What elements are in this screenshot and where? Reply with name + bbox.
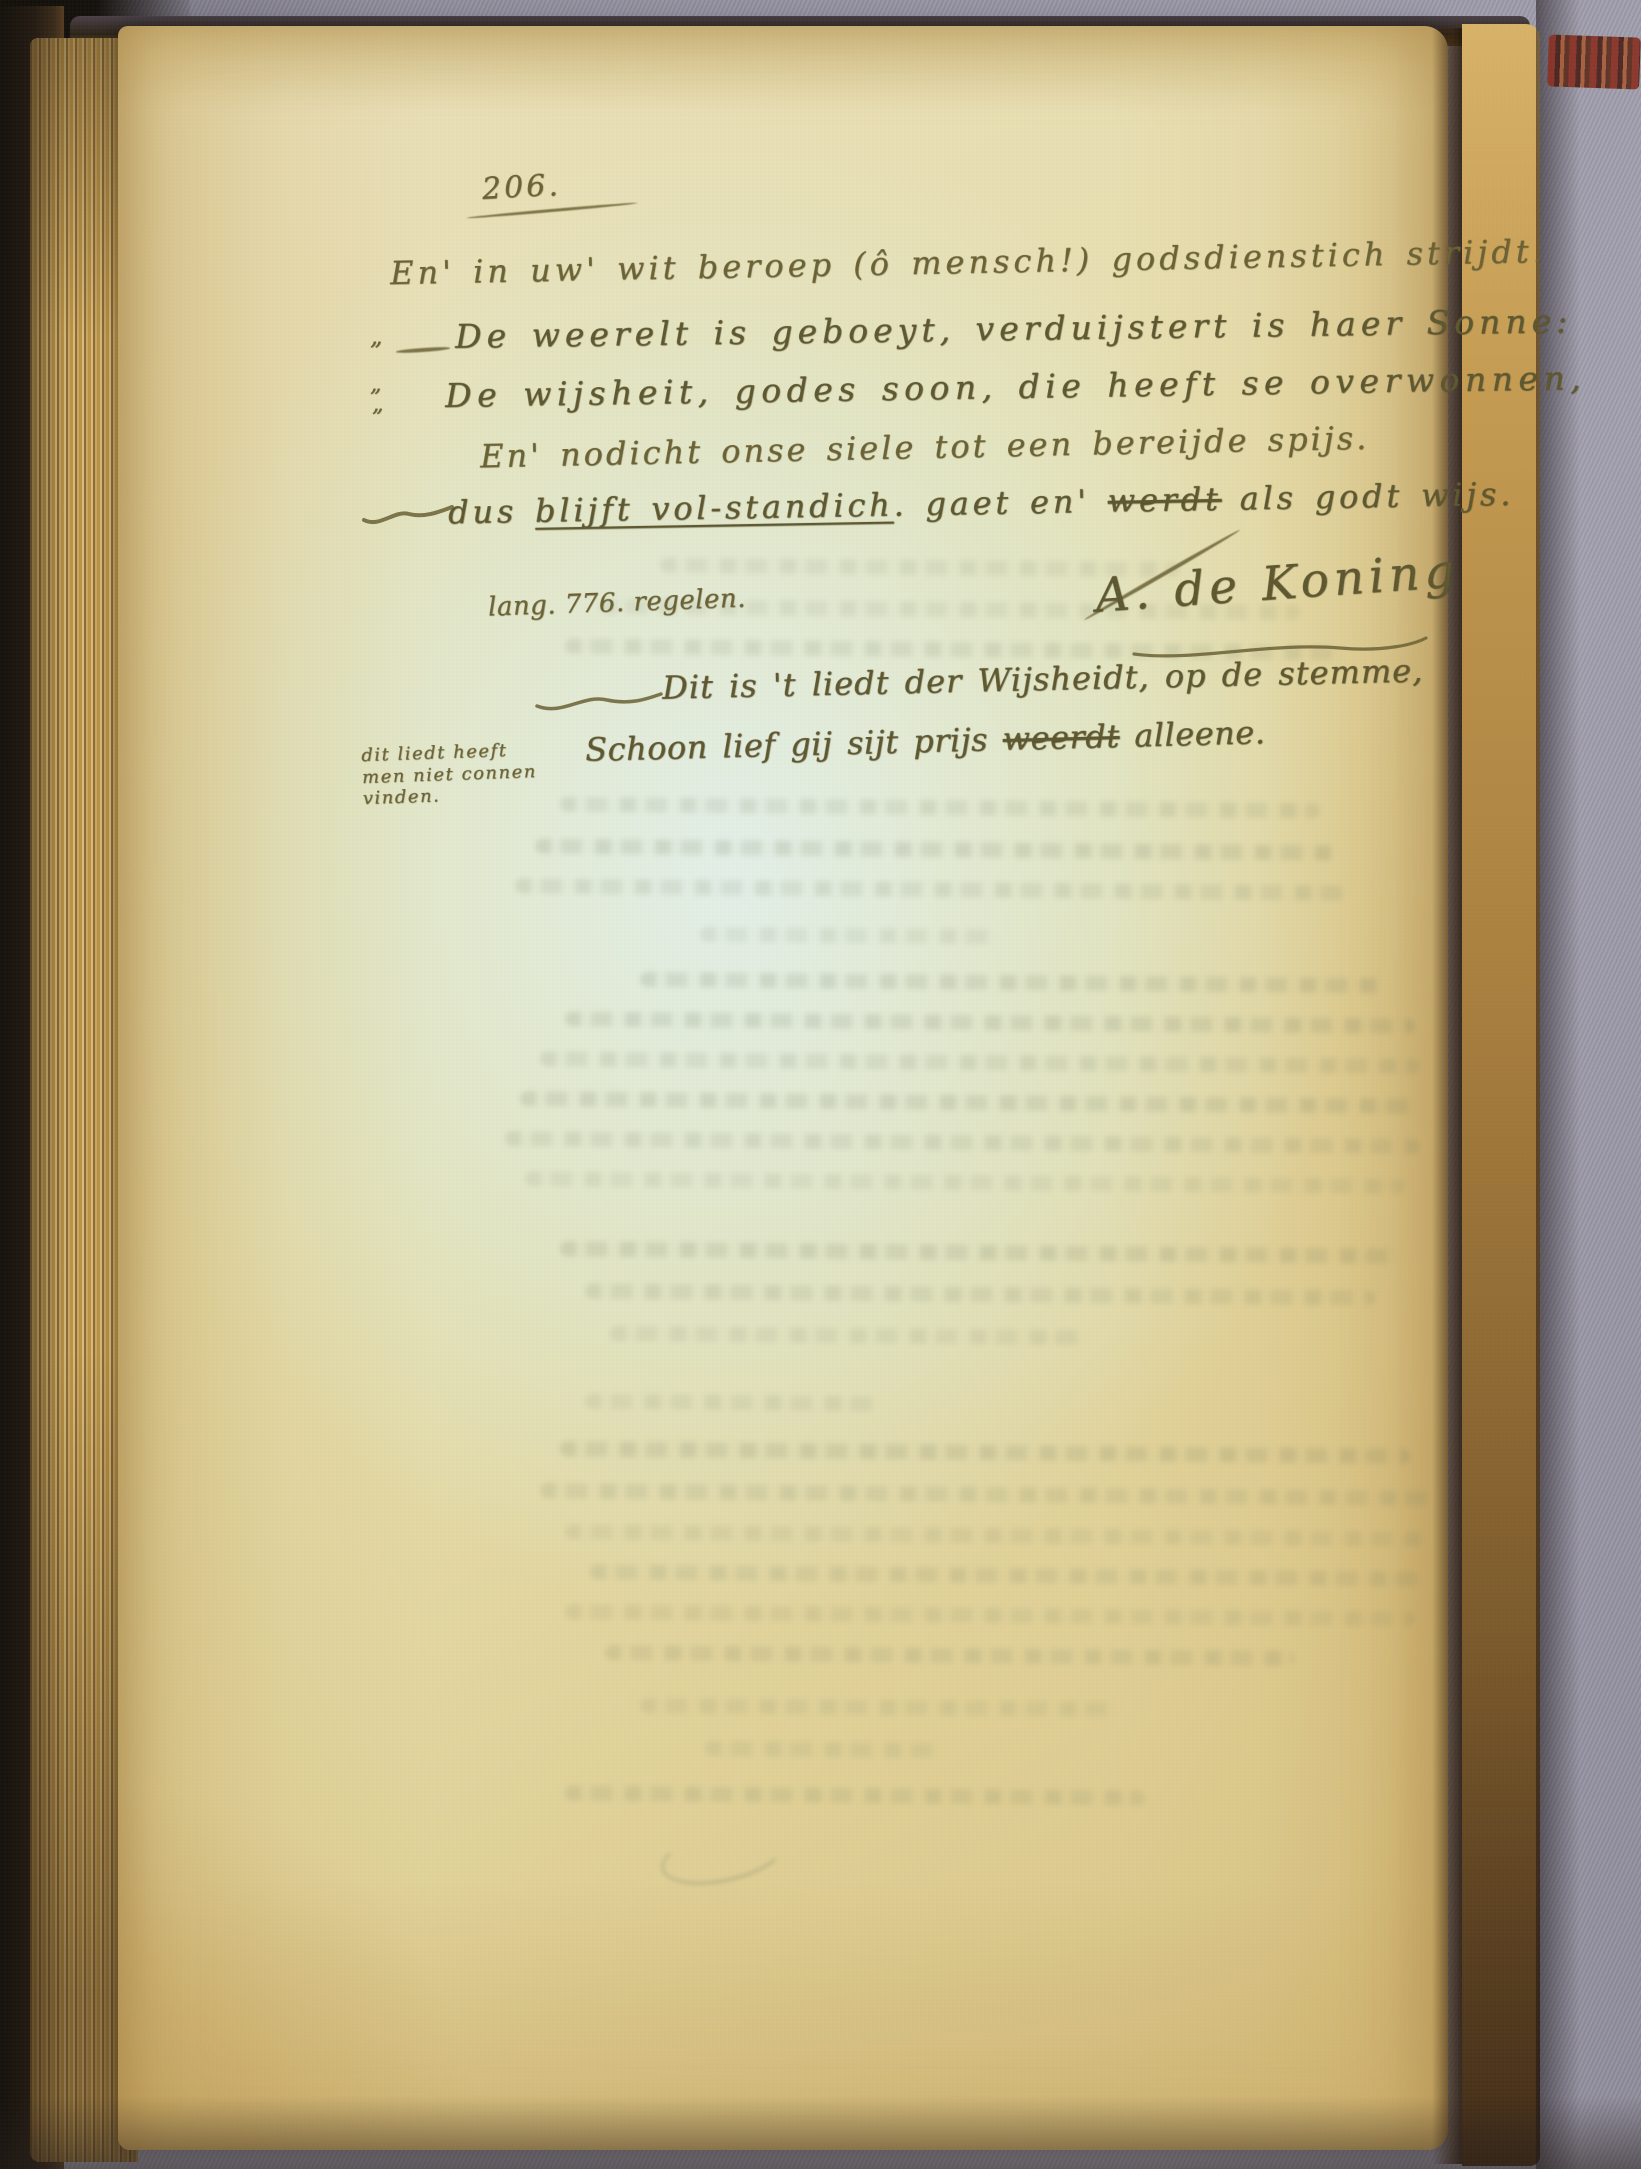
tune-line-2-suffix: alleene.: [1119, 713, 1266, 755]
verse-line-5-mid: . gaet en': [893, 482, 1108, 524]
verse-line-5-struck-word: werdt: [1107, 480, 1222, 520]
bleedthrough-line: [700, 927, 1000, 945]
bottom-shadow: [0, 2096, 1641, 2169]
verse-line-5-suffix: als godt wijs.: [1221, 475, 1514, 518]
flourish-swash: [535, 688, 663, 716]
page-number: 206.: [481, 168, 562, 207]
margin-note: dit liedt heeft men niet connen vinden.: [361, 739, 538, 810]
bleedthrough-line: [585, 1394, 875, 1412]
book-gutter: [1432, 28, 1466, 2164]
bleedthrough-line: [705, 1741, 945, 1758]
quotation-mark: „: [372, 392, 383, 417]
tune-line-2-struck-word: weerdt: [1002, 717, 1120, 758]
verse-line-5-underlined: blijft vol-standich: [535, 486, 894, 530]
verse-line-5-prefix: dus: [448, 492, 536, 532]
flourish-swash: [362, 498, 454, 528]
facing-page-edge: [1462, 24, 1540, 2166]
spine-headband: [1547, 34, 1641, 89]
quotation-mark: „: [370, 322, 382, 350]
photograph-of-manuscript: 206. En' in uw' wit beroep (ô mensch!) g…: [0, 0, 1641, 2169]
